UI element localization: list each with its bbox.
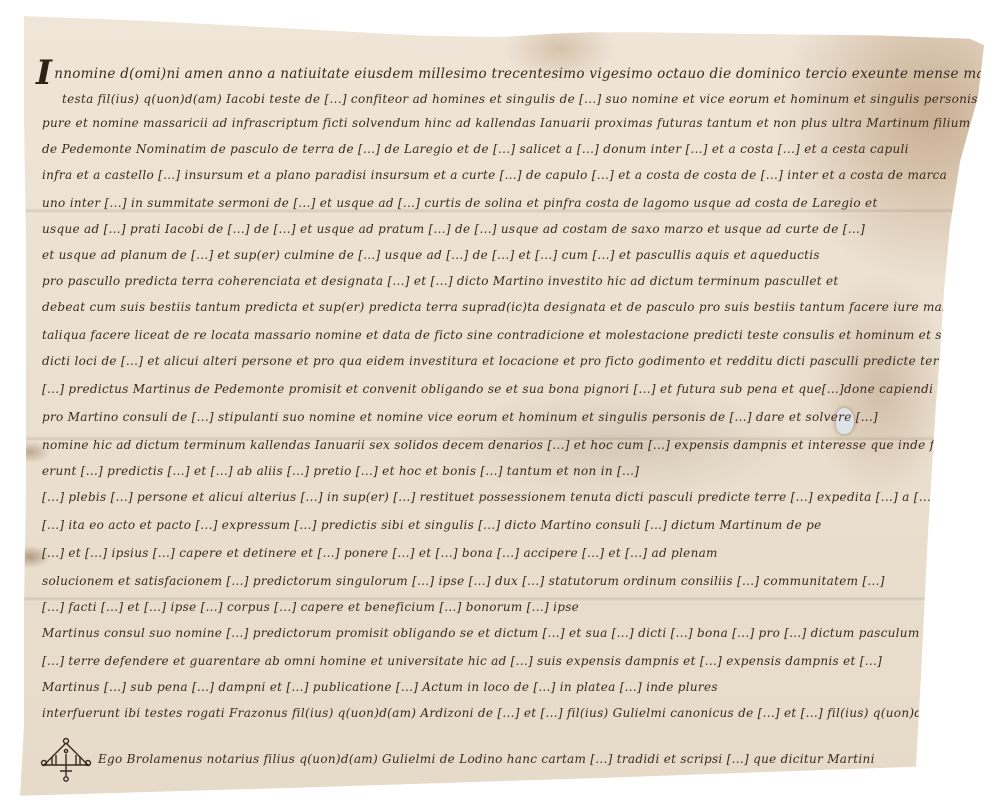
text-line-4: de Pedemonte Nominatim de pasculo de ter…	[42, 142, 909, 156]
decorated-initial: I	[36, 53, 52, 93]
text-line-24: Martinus [...] sub pena [...] dampni et …	[42, 680, 718, 694]
notary-subscription: Ego Brolamenus notarius filius q(uon)d(a…	[98, 752, 875, 766]
text-line-12: dicti loci de [...] et alicui alteri per…	[42, 354, 1000, 368]
text-line-6: uno inter [...] in summitate sermoni de …	[42, 196, 878, 210]
text-line-16: erunt [...] predictis [...] et [...] ab …	[42, 464, 639, 478]
text-line-10: debeat cum suis bestiis tantum predicta …	[42, 300, 1000, 314]
parchment-charter: Innomine d(omi)ni amen anno a natiuitate…	[0, 0, 1000, 807]
text-line-11: taliqua facere liceat de re locata massa…	[42, 328, 1000, 342]
text-line-5: infra et a castello [...] insursum et a …	[42, 168, 947, 182]
text-line-2: testa fil(ius) q(uon)d(am) Iacobi teste …	[62, 92, 1000, 106]
text-line-18: [...] ita eo acto et pacto [...] express…	[42, 518, 822, 532]
text-line-23: [...] terre defendere et guarentare ab o…	[42, 654, 882, 668]
text-line-20: solucionem et satisfacionem [...] predic…	[42, 574, 885, 588]
text-line-1: Innomine d(omi)ni amen anno a natiuitate…	[36, 58, 1000, 88]
text-line-7: usque ad [...] prati Iacobi de [...] de …	[42, 222, 865, 236]
text-line-9: pro pascullo predicta terra coherenciata…	[42, 274, 839, 288]
text-line-25: interfuerunt ibi testes rogati Frazonus …	[42, 706, 1000, 720]
text-line-13: [...] predictus Martinus de Pedemonte pr…	[42, 382, 960, 396]
notary-sign-icon	[40, 737, 92, 783]
text-line-14: pro Martino consuli de [...] stipulanti …	[42, 410, 878, 424]
text-line-21: [...] facti [...] et [...] ipse [...] co…	[42, 600, 579, 614]
text-line-3: pure et nomine massaricii ad infrascript…	[42, 116, 1000, 130]
text-line-15: nomine hic ad dictum terminum kallendas …	[42, 438, 986, 452]
text-line-17: [...] plebis [...] persone et alicui alt…	[42, 490, 936, 504]
text-line-8: et usque ad planum de [...] et sup(er) c…	[42, 248, 820, 262]
text-line-19: [...] et [...] ipsius [...] capere et de…	[42, 546, 718, 560]
text-line-22: Martinus consul suo nomine [...] predict…	[42, 626, 920, 640]
